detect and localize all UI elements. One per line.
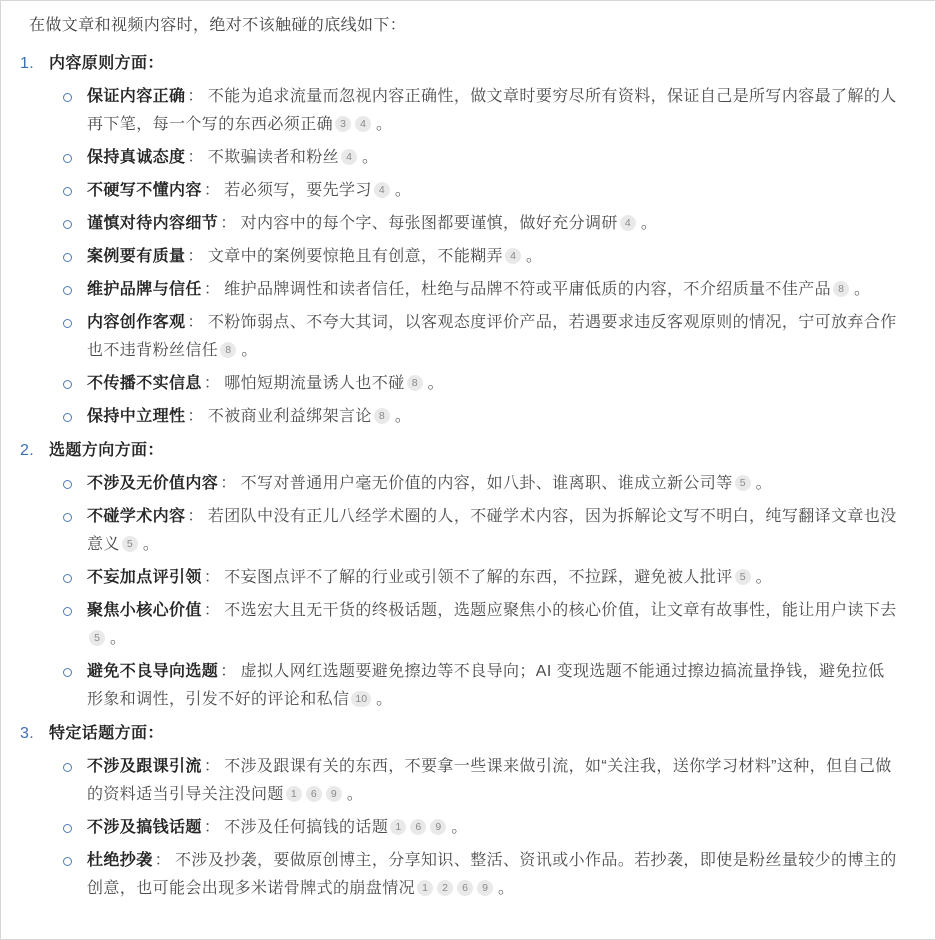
sentence-period: 。	[428, 375, 444, 392]
item-text: 文章中的案例要惊艳且有创意，不能糊弄	[208, 248, 503, 265]
citation-badge[interactable]: 9	[477, 880, 493, 896]
sentence-period: 。	[756, 475, 772, 492]
citation-badge[interactable]: 5	[122, 536, 138, 552]
label-separator: ：	[220, 475, 236, 492]
sentence-period: 。	[756, 569, 772, 586]
list-item: 不涉及跟课引流：不涉及跟课有关的东西，不要拿一些课来做引流，如“关注我，送你学习…	[1, 753, 935, 809]
circle-bullet-icon	[63, 253, 72, 262]
circle-bullet-icon	[63, 607, 72, 616]
item-text: 不欺骗读者和粉丝	[208, 149, 339, 166]
citation-badge[interactable]: 8	[833, 281, 849, 297]
list-item: 不妄加点评引领：不妄图点评不了解的行业或引领不了解的东西，不拉踩，避免被人批评5…	[1, 564, 935, 592]
list-item: 不涉及搞钱话题：不涉及任何搞钱的话题169。	[1, 814, 935, 842]
item-text: 不写对普通用户毫无价值的内容，如八卦、谁离职、谁成立新公司等	[241, 475, 733, 492]
section-items: 不涉及无价值内容：不写对普通用户毫无价值的内容，如八卦、谁离职、谁成立新公司等5…	[1, 470, 935, 714]
item-label: 谨慎对待内容细节	[87, 215, 218, 232]
citation-badge[interactable]: 6	[306, 786, 322, 802]
section-title: 内容原则方面：	[49, 50, 164, 78]
citation-badge[interactable]: 5	[89, 630, 105, 646]
item-label: 不涉及搞钱话题	[87, 819, 202, 836]
item-text: 对内容中的每个字、每张图都要谨慎，做好充分调研	[241, 215, 618, 232]
list-item: 聚焦小核心价值：不选宏大且无干货的终极话题，选题应聚焦小的核心价值，让文章有故事…	[1, 597, 935, 653]
circle-bullet-icon	[63, 154, 72, 163]
sentence-period: 。	[241, 342, 257, 359]
list-item: 保持中立理性：不被商业利益绑架言论8。	[1, 403, 935, 431]
list-item: 保证内容正确：不能为追求流量而忽视内容正确性，做文章时要穷尽所有资料，保证自己是…	[1, 83, 935, 139]
circle-bullet-icon	[63, 824, 72, 833]
circle-bullet-icon	[63, 380, 72, 389]
item-text: 若必须写，要先学习	[224, 182, 372, 199]
item-text: 不选宏大且无干货的终极话题，选题应聚焦小的核心价值，让文章有故事性，能让用户读下…	[224, 602, 896, 619]
item-text: 维护品牌调性和读者信任，杜绝与品牌不符或平庸低质的内容，不介绍质量不佳产品	[224, 281, 831, 298]
label-separator: ：	[187, 149, 203, 166]
sections-container: 1.内容原则方面：保证内容正确：不能为追求流量而忽视内容正确性，做文章时要穷尽所…	[1, 50, 935, 903]
citation-badge[interactable]: 3	[335, 116, 351, 132]
list-item: 不涉及无价值内容：不写对普通用户毫无价值的内容，如八卦、谁离职、谁成立新公司等5…	[1, 470, 935, 498]
circle-bullet-icon	[63, 513, 72, 522]
item-text: 不涉及任何搞钱的话题	[224, 819, 388, 836]
item-content: 避免不良导向选题：虚拟人网红选题要避免擦边等不良导向；AI 变现选题不能通过擦边…	[87, 658, 899, 714]
label-separator: ：	[187, 408, 203, 425]
item-text: 不被商业利益绑架言论	[208, 408, 372, 425]
item-label: 聚焦小核心价值	[87, 602, 202, 619]
list-item: 谨慎对待内容细节：对内容中的每个字、每张图都要谨慎，做好充分调研4。	[1, 210, 935, 238]
item-text: 若团队中没有正儿八经学术圈的人，不碰学术内容，因为拆解论文写不明白，纯写翻译文章…	[87, 508, 897, 553]
item-content: 不涉及跟课引流：不涉及跟课有关的东西，不要拿一些课来做引流，如“关注我，送你学习…	[87, 753, 899, 809]
sentence-period: 。	[376, 116, 392, 133]
section-number: 3.	[20, 720, 49, 748]
citation-badge[interactable]: 5	[735, 475, 751, 491]
label-separator: ：	[187, 508, 203, 525]
item-content: 聚焦小核心价值：不选宏大且无干货的终极话题，选题应聚焦小的核心价值，让文章有故事…	[87, 597, 899, 653]
citation-badge[interactable]: 4	[620, 215, 636, 231]
section-number: 2.	[20, 437, 49, 465]
item-label: 保持中立理性	[87, 408, 185, 425]
sentence-period: 。	[376, 691, 392, 708]
label-separator: ：	[187, 88, 203, 105]
section-items: 保证内容正确：不能为追求流量而忽视内容正确性，做文章时要穷尽所有资料，保证自己是…	[1, 83, 935, 431]
citation-badge[interactable]: 8	[407, 375, 423, 391]
item-text: 不妄图点评不了解的行业或引领不了解的东西，不拉踩，避免被人批评	[224, 569, 732, 586]
list-item: 保持真诚态度：不欺骗读者和粉丝4。	[1, 144, 935, 172]
section-header: 2.选题方向方面：	[1, 437, 935, 465]
item-content: 保持真诚态度：不欺骗读者和粉丝4。	[87, 144, 899, 172]
item-label: 保证内容正确	[87, 88, 185, 105]
document: 在做文章和视频内容时，绝对不该触碰的底线如下： 1.内容原则方面：保证内容正确：…	[1, 1, 935, 903]
list-item: 不碰学术内容：若团队中没有正儿八经学术圈的人，不碰学术内容，因为拆解论文写不明白…	[1, 503, 935, 559]
sentence-period: 。	[395, 408, 411, 425]
section: 3.特定话题方面：不涉及跟课引流：不涉及跟课有关的东西，不要拿一些课来做引流，如…	[1, 720, 935, 903]
citation-badge[interactable]: 8	[374, 408, 390, 424]
sentence-period: 。	[362, 149, 378, 166]
citation-badge[interactable]: 5	[735, 569, 751, 585]
circle-bullet-icon	[63, 574, 72, 583]
sentence-period: 。	[641, 215, 657, 232]
circle-bullet-icon	[63, 220, 72, 229]
section: 2.选题方向方面：不涉及无价值内容：不写对普通用户毫无价值的内容，如八卦、谁离职…	[1, 437, 935, 714]
item-label: 不妄加点评引领	[87, 569, 202, 586]
citation-badge[interactable]: 9	[326, 786, 342, 802]
item-label: 维护品牌与信任	[87, 281, 202, 298]
list-item: 案例要有质量：文章中的案例要惊艳且有创意，不能糊弄4。	[1, 243, 935, 271]
citation-badge[interactable]: 4	[341, 149, 357, 165]
sentence-period: 。	[395, 182, 411, 199]
label-separator: ：	[204, 182, 220, 199]
sentence-period: 。	[854, 281, 870, 298]
item-label: 避免不良导向选题	[87, 663, 218, 680]
item-content: 案例要有质量：文章中的案例要惊艳且有创意，不能糊弄4。	[87, 243, 899, 271]
label-separator: ：	[220, 215, 236, 232]
item-content: 内容创作客观：不粉饰弱点、不夸大其词，以客观态度评价产品，若遇要求违反客观原则的…	[87, 309, 899, 365]
label-separator: ：	[204, 281, 220, 298]
item-content: 不碰学术内容：若团队中没有正儿八经学术圈的人，不碰学术内容，因为拆解论文写不明白…	[87, 503, 899, 559]
item-label: 不涉及无价值内容	[87, 475, 218, 492]
item-content: 杜绝抄袭：不涉及抄袭，要做原创博主，分享知识、整活、资讯或小作品。若抄袭，即使是…	[87, 847, 899, 903]
section-header: 3.特定话题方面：	[1, 720, 935, 748]
circle-bullet-icon	[63, 480, 72, 489]
intro-text: 在做文章和视频内容时，绝对不该触碰的底线如下：	[29, 12, 899, 40]
item-label: 不涉及跟课引流	[87, 758, 202, 775]
circle-bullet-icon	[63, 93, 72, 102]
citation-badge[interactable]: 4	[355, 116, 371, 132]
item-label: 杜绝抄袭	[87, 852, 153, 869]
list-item: 维护品牌与信任：维护品牌调性和读者信任，杜绝与品牌不符或平庸低质的内容，不介绍质…	[1, 276, 935, 304]
list-item: 不传播不实信息：哪怕短期流量诱人也不碰8。	[1, 370, 935, 398]
sentence-period: 。	[110, 630, 126, 647]
sentence-period: 。	[526, 248, 542, 265]
circle-bullet-icon	[63, 763, 72, 772]
item-text: 哪怕短期流量诱人也不碰	[224, 375, 404, 392]
circle-bullet-icon	[63, 857, 72, 866]
label-separator: ：	[204, 758, 220, 775]
label-separator: ：	[187, 248, 203, 265]
item-label: 内容创作客观	[87, 314, 185, 331]
citation-badge[interactable]: 1	[390, 819, 406, 835]
item-label: 不硬写不懂内容	[87, 182, 202, 199]
citation-badge[interactable]: 10	[351, 691, 371, 707]
citation-badge[interactable]: 2	[437, 880, 453, 896]
citation-badge[interactable]: 6	[457, 880, 473, 896]
item-content: 保持中立理性：不被商业利益绑架言论8。	[87, 403, 899, 431]
section-title: 特定话题方面：	[49, 720, 164, 748]
citation-badge[interactable]: 9	[430, 819, 446, 835]
citation-badge[interactable]: 1	[417, 880, 433, 896]
sentence-period: 。	[498, 880, 514, 897]
circle-bullet-icon	[63, 187, 72, 196]
list-item: 杜绝抄袭：不涉及抄袭，要做原创博主，分享知识、整活、资讯或小作品。若抄袭，即使是…	[1, 847, 935, 903]
circle-bullet-icon	[63, 319, 72, 328]
list-item: 不硬写不懂内容：若必须写，要先学习4。	[1, 177, 935, 205]
item-content: 维护品牌与信任：维护品牌调性和读者信任，杜绝与品牌不符或平庸低质的内容，不介绍质…	[87, 276, 899, 304]
label-separator: ：	[204, 375, 220, 392]
sentence-period: 。	[451, 819, 467, 836]
section-title: 选题方向方面：	[49, 437, 164, 465]
item-content: 不涉及搞钱话题：不涉及任何搞钱的话题169。	[87, 814, 899, 842]
item-content: 不妄加点评引领：不妄图点评不了解的行业或引领不了解的东西，不拉踩，避免被人批评5…	[87, 564, 899, 592]
citation-badge[interactable]: 4	[374, 182, 390, 198]
list-item: 内容创作客观：不粉饰弱点、不夸大其词，以客观态度评价产品，若遇要求违反客观原则的…	[1, 309, 935, 365]
label-separator: ：	[187, 314, 203, 331]
label-separator: ：	[204, 569, 220, 586]
item-content: 不硬写不懂内容：若必须写，要先学习4。	[87, 177, 899, 205]
citation-badge[interactable]: 8	[220, 342, 236, 358]
item-text: 不能为追求流量而忽视内容正确性，做文章时要穷尽所有资料，保证自己是所写内容最了解…	[87, 88, 897, 133]
sentence-period: 。	[347, 786, 363, 803]
citation-badge[interactable]: 6	[410, 819, 426, 835]
circle-bullet-icon	[63, 668, 72, 677]
circle-bullet-icon	[63, 286, 72, 295]
label-separator: ：	[204, 602, 220, 619]
item-content: 不涉及无价值内容：不写对普通用户毫无价值的内容，如八卦、谁离职、谁成立新公司等5…	[87, 470, 899, 498]
item-content: 谨慎对待内容细节：对内容中的每个字、每张图都要谨慎，做好充分调研4。	[87, 210, 899, 238]
section-items: 不涉及跟课引流：不涉及跟课有关的东西，不要拿一些课来做引流，如“关注我，送你学习…	[1, 753, 935, 903]
item-content: 不传播不实信息：哪怕短期流量诱人也不碰8。	[87, 370, 899, 398]
item-label: 不传播不实信息	[87, 375, 202, 392]
item-label: 案例要有质量	[87, 248, 185, 265]
label-separator: ：	[155, 852, 171, 869]
label-separator: ：	[220, 663, 236, 680]
section-number: 1.	[20, 50, 49, 78]
label-separator: ：	[204, 819, 220, 836]
item-label: 不碰学术内容	[87, 508, 185, 525]
list-item: 避免不良导向选题：虚拟人网红选题要避免擦边等不良导向；AI 变现选题不能通过擦边…	[1, 658, 935, 714]
item-text: 不粉饰弱点、不夸大其词，以客观态度评价产品，若遇要求违反客观原则的情况，宁可放弃…	[87, 314, 897, 359]
item-content: 保证内容正确：不能为追求流量而忽视内容正确性，做文章时要穷尽所有资料，保证自己是…	[87, 83, 899, 139]
section-header: 1.内容原则方面：	[1, 50, 935, 78]
citation-badge[interactable]: 4	[505, 248, 521, 264]
circle-bullet-icon	[63, 413, 72, 422]
section: 1.内容原则方面：保证内容正确：不能为追求流量而忽视内容正确性，做文章时要穷尽所…	[1, 50, 935, 431]
citation-badge[interactable]: 1	[286, 786, 302, 802]
sentence-period: 。	[143, 536, 159, 553]
item-label: 保持真诚态度	[87, 149, 185, 166]
